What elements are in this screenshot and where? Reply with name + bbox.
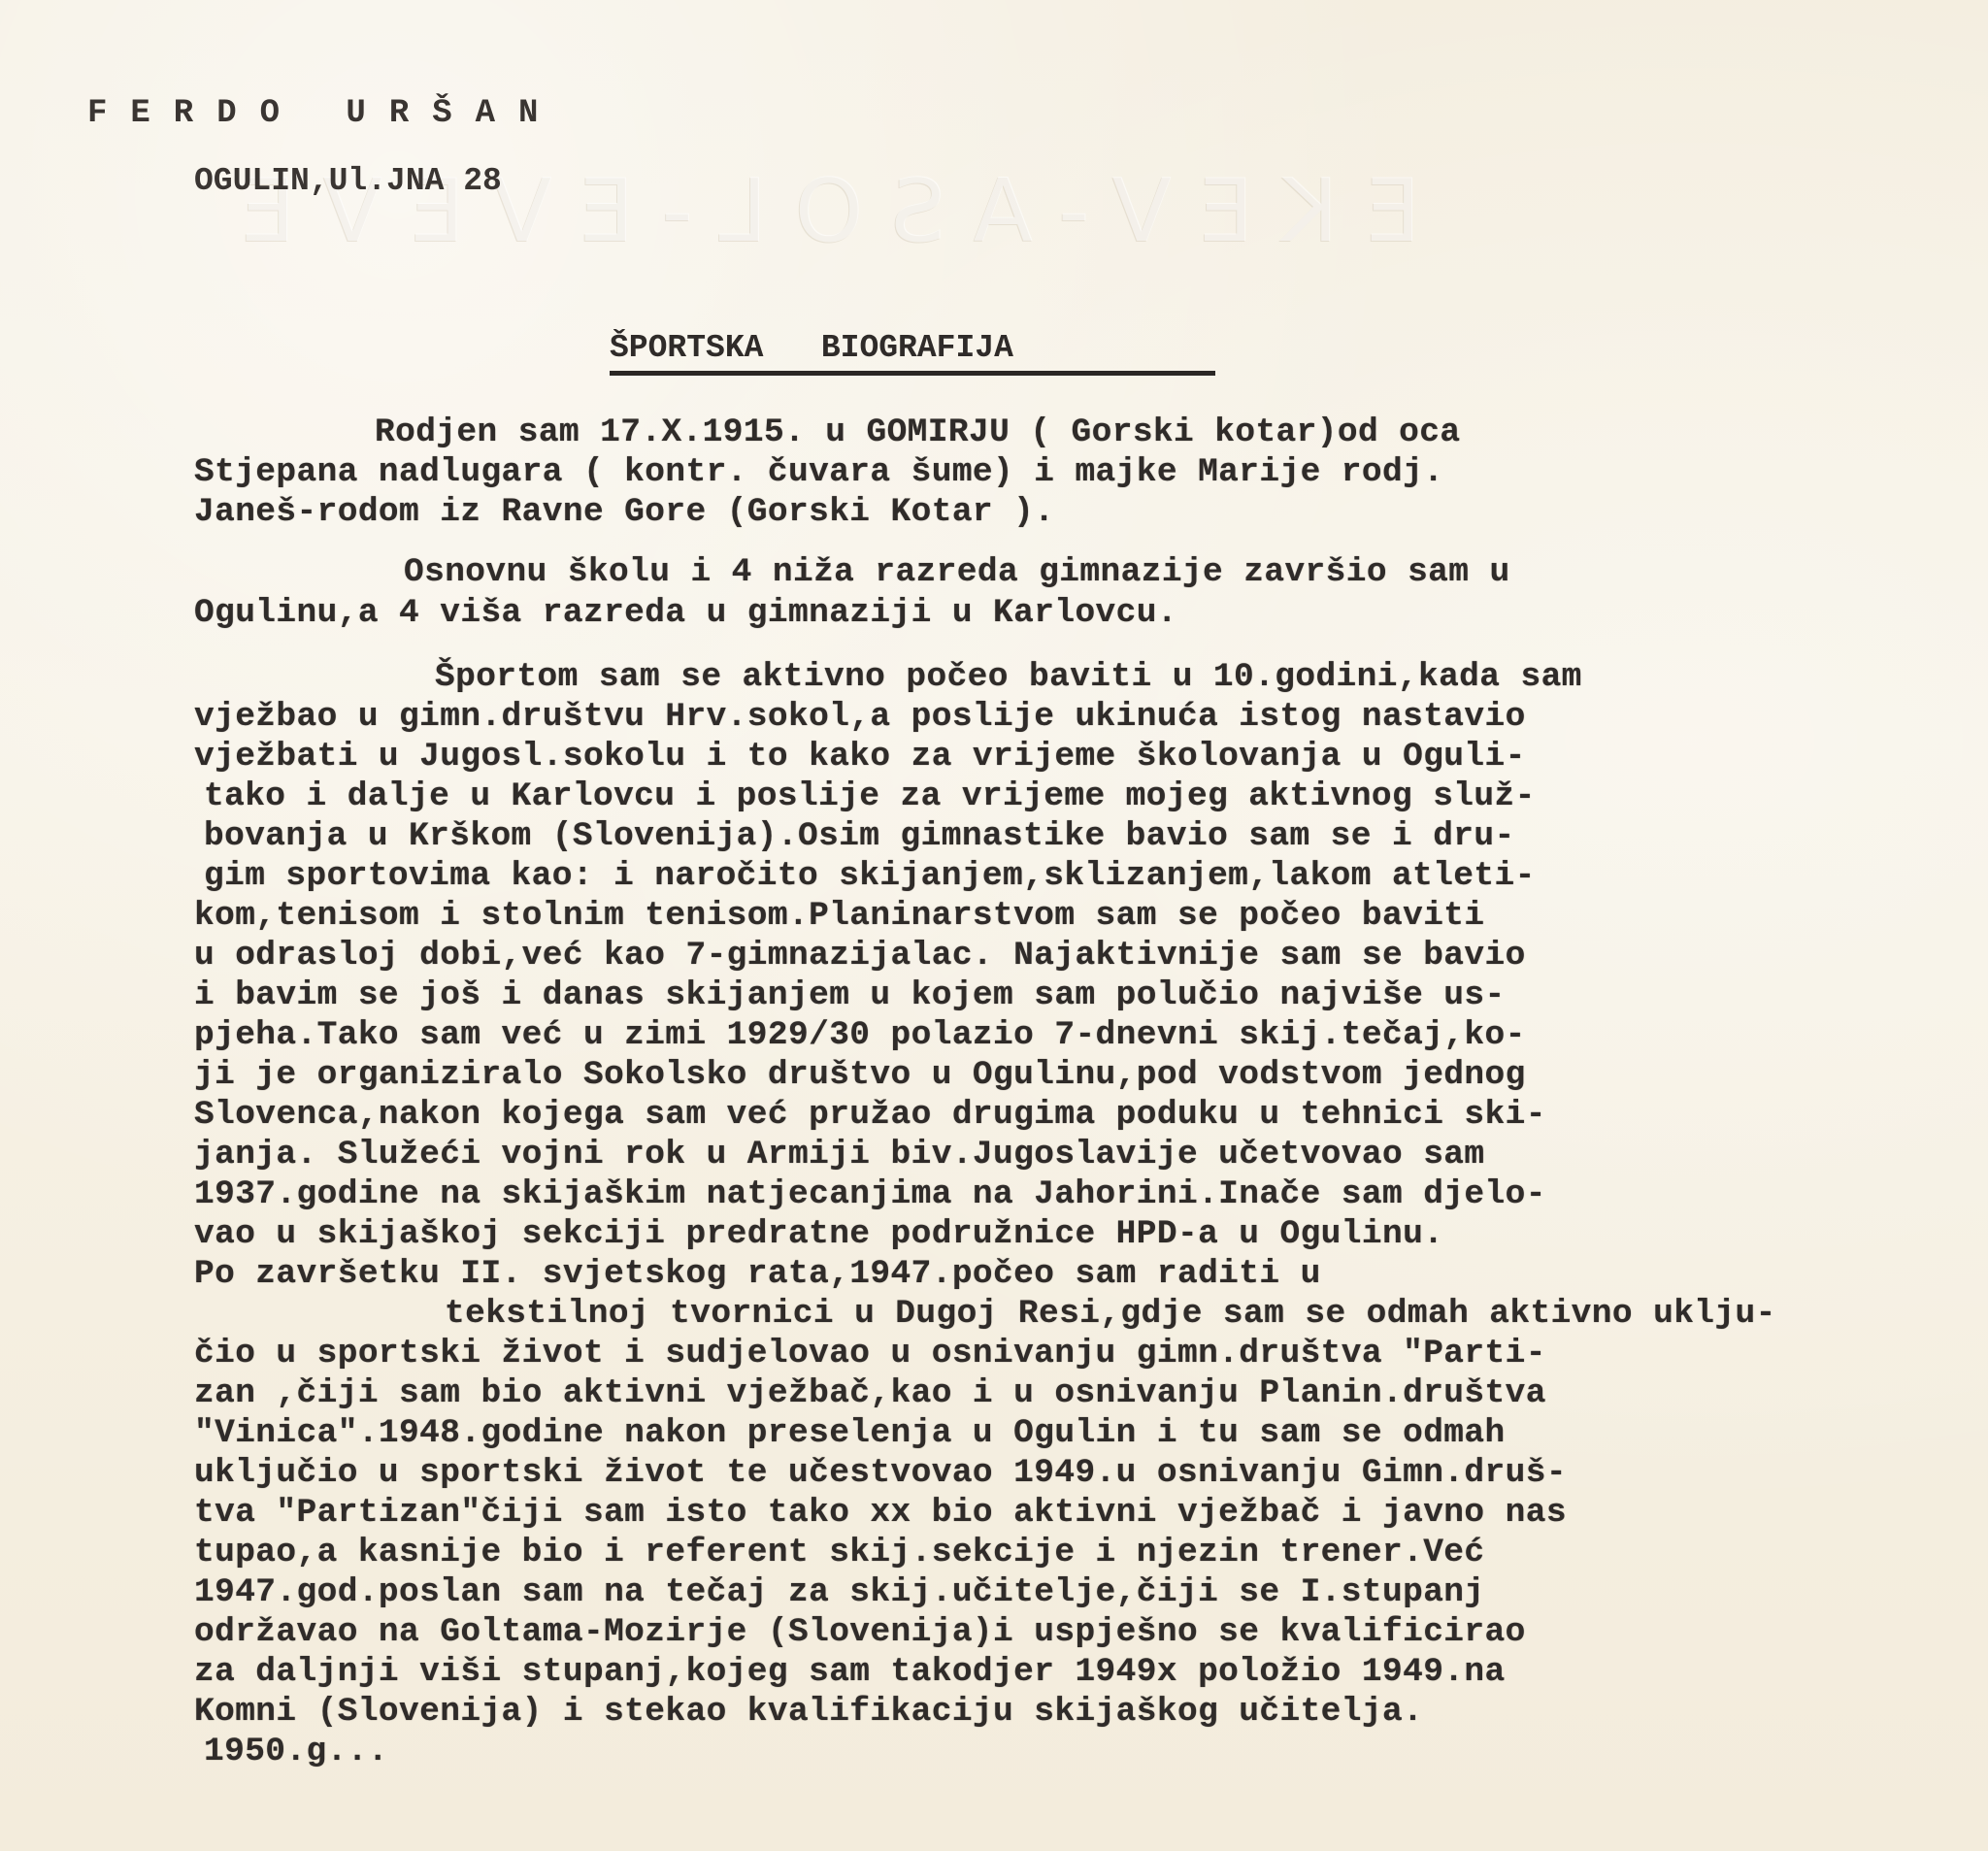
- text-line: 1950.g...: [204, 1733, 388, 1771]
- document-title: ŠPORTSKA BIOGRAFIJA: [610, 330, 1013, 366]
- text-line: čio u sportski život i sudjelovao u osni…: [194, 1335, 1546, 1373]
- author-address: OGULIN,Ul.JNA 28: [194, 163, 502, 199]
- text-line: Ogulinu,a 4 viša razreda u gimnaziji u K…: [194, 594, 1177, 633]
- text-line: kom,tenisom i stolnim tenisom.Planinarst…: [194, 897, 1485, 936]
- text-line: Stjepana nadlugara ( kontr. čuvara šume)…: [194, 453, 1443, 492]
- text-line: pjeha.Tako sam već u zimi 1929/30 polazi…: [194, 1016, 1526, 1055]
- text-line: Janeš-rodom iz Ravne Gore (Gorski Kotar …: [194, 493, 1054, 532]
- text-line: bovanja u Krškom (Slovenija).Osim gimnas…: [204, 817, 1515, 856]
- text-line: ji je organiziralo Sokolsko društvo u Og…: [194, 1056, 1526, 1095]
- text-line: Komni (Slovenija) i stekao kvalifikaciju…: [194, 1693, 1423, 1732]
- text-line: Po završetku II. svjetskog rata,1947.poč…: [194, 1255, 1321, 1294]
- text-line: vao u skijaškoj sekciji predratne podruž…: [194, 1215, 1443, 1254]
- text-line: vježbati u Jugosl.sokolu i to kako za vr…: [194, 738, 1526, 777]
- text-line: Športom sam se aktivno počeo baviti u 10…: [435, 658, 1582, 697]
- text-line: vježbao u gimn.društvu Hrv.sokol,a posli…: [194, 698, 1526, 737]
- text-line: Slovenca,nakon kojega sam već pružao dru…: [194, 1096, 1546, 1135]
- text-line: 1947.god.poslan sam na tečaj za skij.uči…: [194, 1573, 1485, 1612]
- text-line: u odrasloj dobi,već kao 7-gimnazijalac. …: [194, 937, 1526, 975]
- text-line: Osnovnu školu i 4 niža razreda gimnazije…: [404, 553, 1510, 592]
- text-line: tako i dalje u Karlovcu i poslije za vri…: [204, 777, 1536, 816]
- title-underline: [610, 371, 1215, 376]
- text-line: tupao,a kasnije bio i referent skij.sekc…: [194, 1534, 1485, 1572]
- text-line: tekstilnoj tvornici u Dugoj Resi,gdje sa…: [445, 1295, 1776, 1334]
- text-line: Rodjen sam 17.X.1915. u GOMIRJU ( Gorski…: [375, 413, 1460, 452]
- text-line: "Vinica".1948.godine nakon preselenja u …: [194, 1414, 1506, 1453]
- text-line: zan ,čiji sam bio aktivni vježbač,kao i …: [194, 1374, 1546, 1413]
- text-line: održavao na Goltama-Mozirje (Slovenija)i…: [194, 1613, 1526, 1652]
- text-line: gim sportovima kao: i naročito skijanjem…: [204, 857, 1536, 896]
- text-line: janja. Služeći vojni rok u Armiji biv.Ju…: [194, 1136, 1485, 1174]
- text-line: tva "Partizan"čiji sam isto tako xx bio …: [194, 1494, 1567, 1533]
- author-name: FERDO URŠAN: [87, 95, 561, 132]
- text-line: 1937.godine na skijaškim natjecanjima na…: [194, 1175, 1546, 1214]
- text-line: i bavim se još i danas skijanjem u kojem…: [194, 976, 1506, 1015]
- text-line: za daljnji viši stupanj,kojeg sam takodj…: [194, 1653, 1506, 1692]
- text-line: uključio u sportski život te učestvovao …: [194, 1454, 1567, 1493]
